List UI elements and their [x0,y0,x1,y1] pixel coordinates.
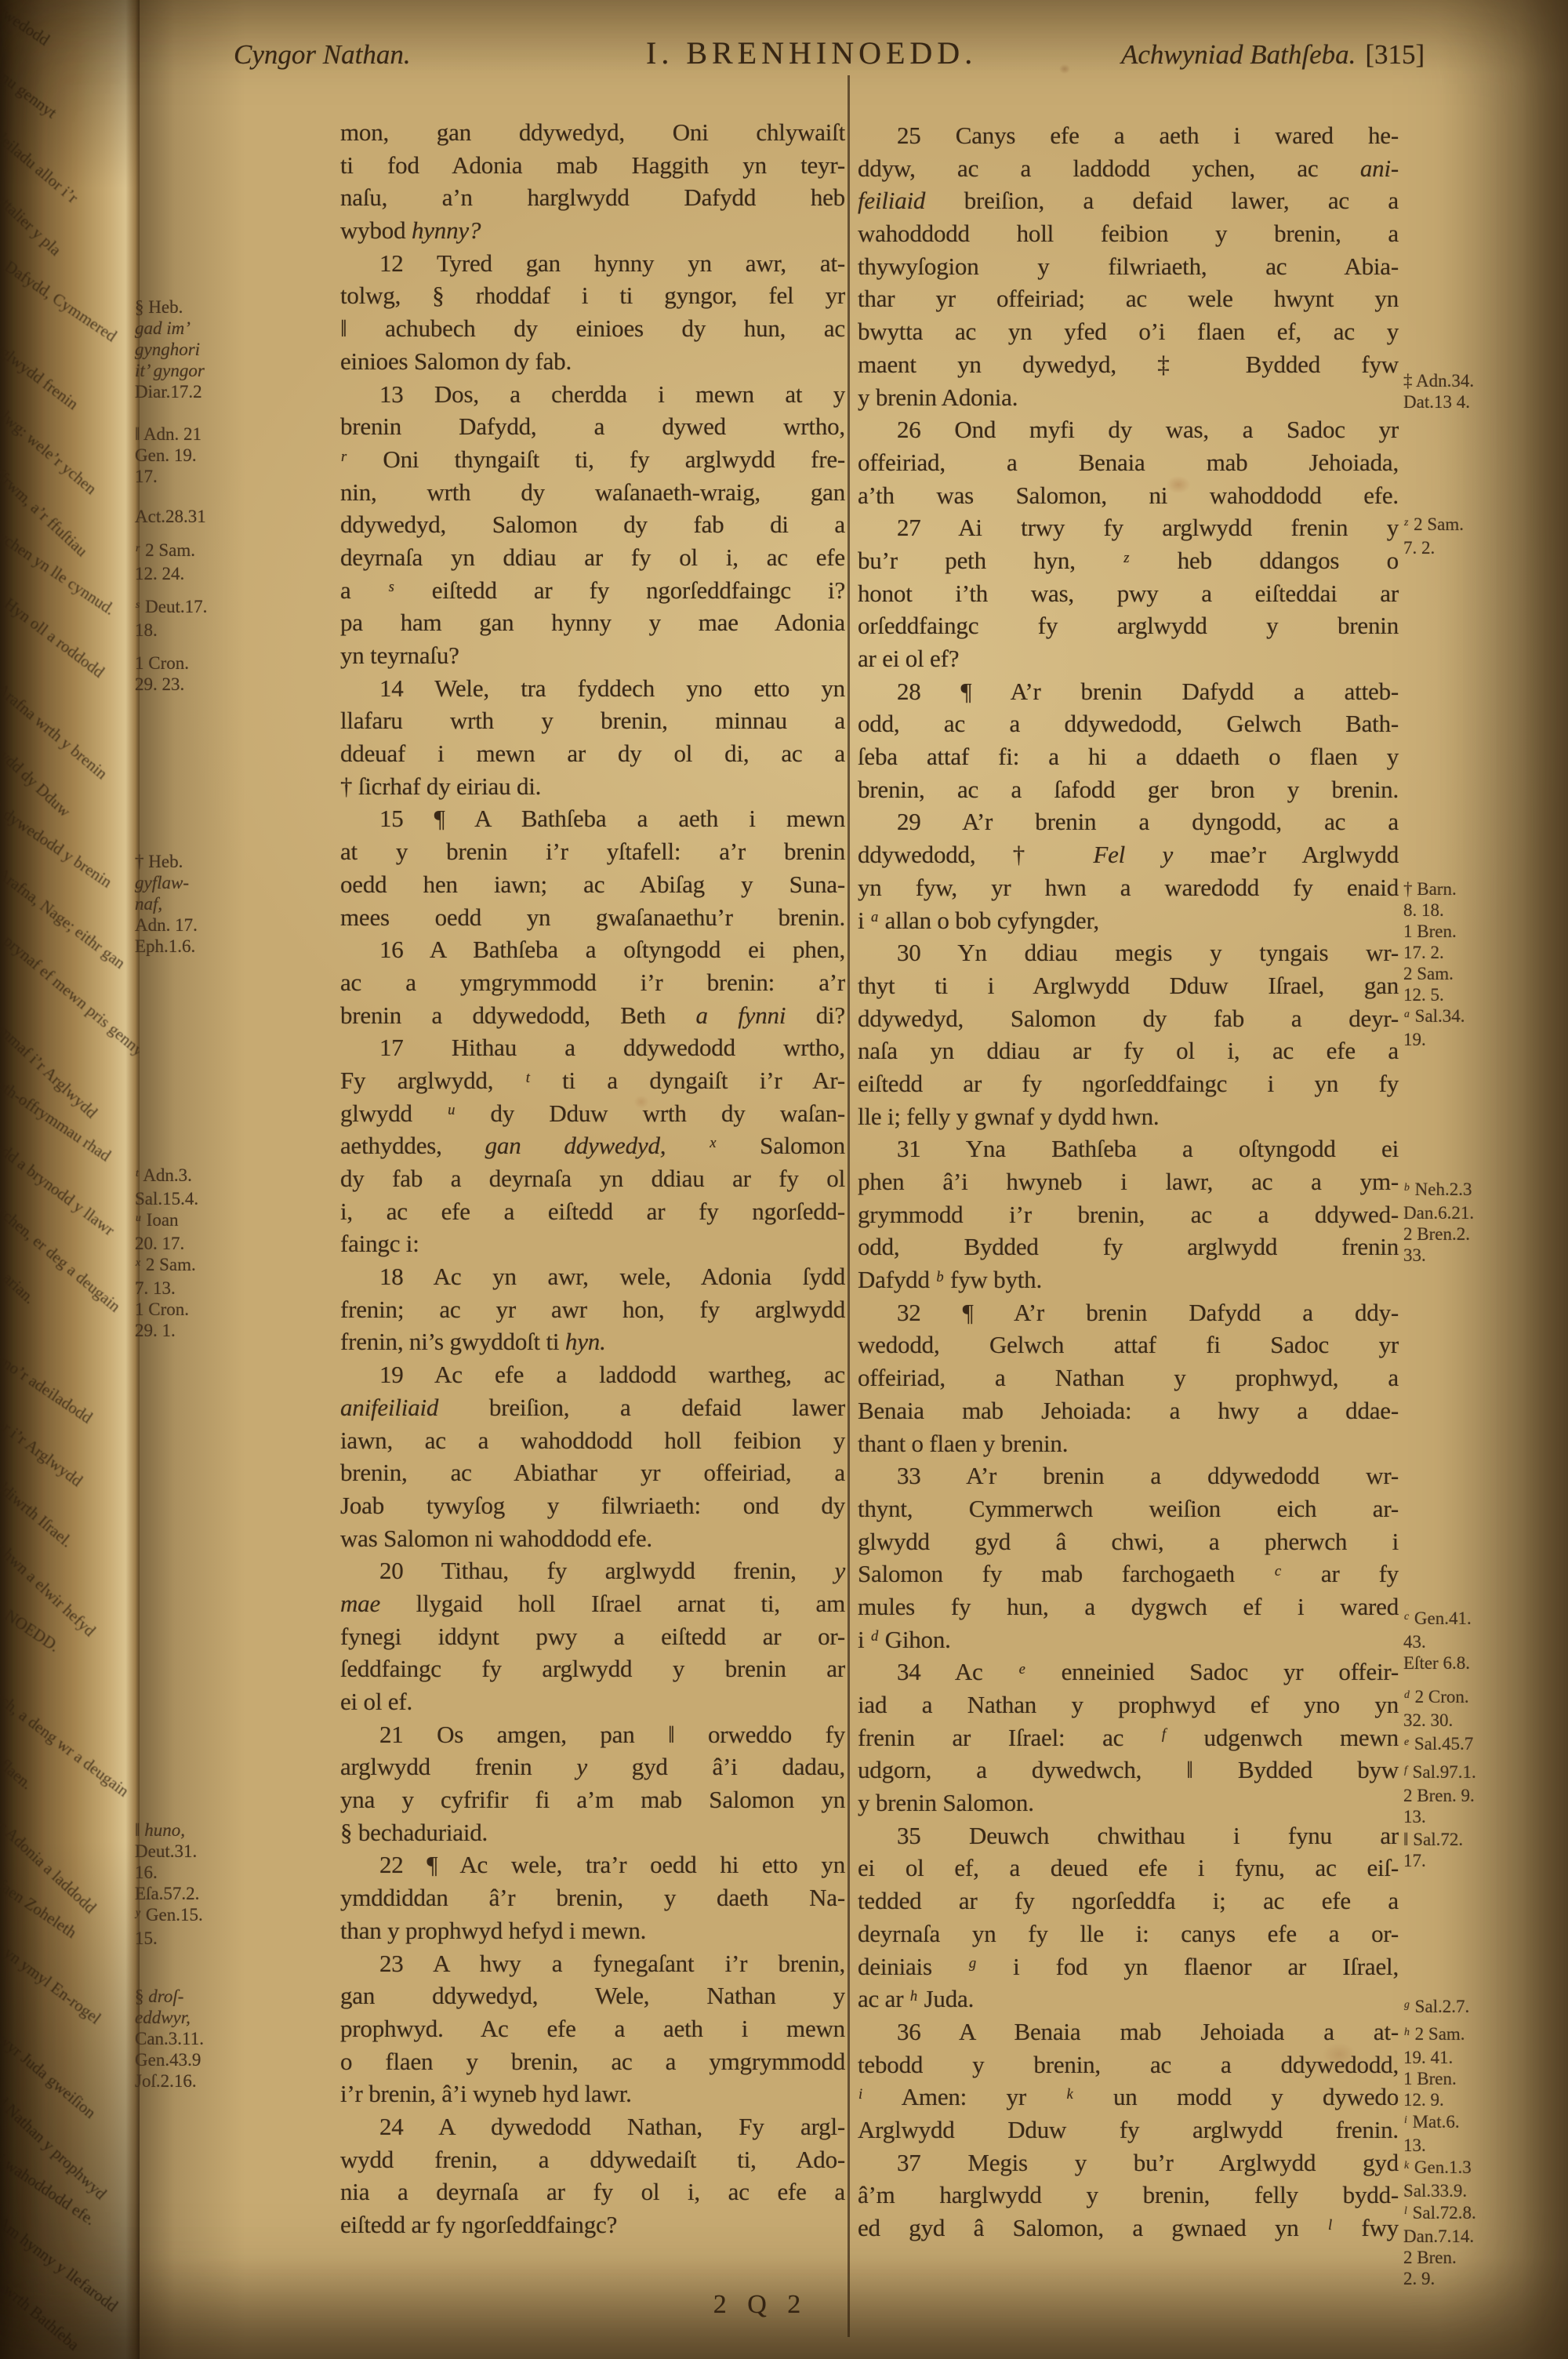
verse-line: naſa yn ddiau ar fy ol i, ac efe a [858,1034,1399,1067]
verse-line: feiliaid breiſion, a defaid lawer, ac a [858,184,1399,217]
adjacent-page-text-fragment: offrymmaf i’r Arglwydd [0,1000,100,1121]
adjacent-page-text-fragment: A dywedodd y brenin [0,798,114,891]
adjacent-page-text-fragment: o’i flaen. [0,1742,35,1793]
text-column-left: mon, gan ddywedyd, Oni chlywaiſtti fod A… [340,116,845,2241]
margin-reference-note: g Sal.2.7. [1403,1996,1469,2019]
verse-line: llafaru wrth y brenin, minnau a [340,704,845,737]
adjacent-page-text-fragment: ychen yn lle cynnud. [0,528,118,618]
adjacent-page-text-fragment: odd Arafna wrth y brenin [0,663,111,783]
verse-line: 35 Deuwch chwithau i fynu ar [858,1819,1399,1852]
verse-line: frenin ar Iſrael: ac f udgenwch mewn [858,1721,1399,1754]
verse-line: yn fyw, yr hwn a waredodd fy enaid [858,871,1399,904]
verse-line: Joab tywyſog y filwriaeth: ond dy [340,1489,845,1522]
verse-line: prophwyd. Ac efe a aeth i mewn [340,2012,845,2045]
verse-line: 31 Yna Bathſeba a oſtyngodd ei [858,1132,1399,1165]
adjacent-page-text-fragment: meirch, a deng wr a deugain [0,1674,132,1800]
adjacent-page-text-fragment: Dafydd, Cymmered [2,258,119,345]
margin-reference-note: Act.28.31 [135,506,206,527]
verse-line: ac ar h Juda. [858,1983,1399,2016]
verse-line: ed gyd â Salomon, a gwnaed yn l fwy [858,2212,1399,2245]
verse-line: thynt, Cymmerwch weiſion eich ar- [858,1492,1399,1525]
verse-line: wahoddodd holl feibion y brenin, a [858,217,1399,250]
verse-line: offeiriad, a Benaia mab Jehoiada, [858,446,1399,479]
verse-line: a s eiſtedd ar fy ngorſeddfaingc i? [340,574,845,607]
adjacent-page-text-fragment: wrth Bathſeba [1,2281,82,2354]
header-right-title: Achwyniad Bathſeba.[315] [1121,39,1425,71]
verse-line: einioes Salomon dy fab. [340,345,845,378]
verse-line: 15 ¶ A Bathſeba a aeth i mewn [340,802,845,835]
verse-line: wedodd, Gelwch attaf fi Sadoc yr [858,1329,1399,1361]
margin-reference-note: l Sal.72.8.Dan.7.14.2 Bren.2. 9. [1403,2202,1476,2289]
margin-reference-note: 1 Cron.29. 23. [135,652,189,695]
verse-line: odd, Bydded fy arglwydd frenin [858,1230,1399,1263]
verse-line: arglwydd frenin y gyd â’i dadau, [340,1750,845,1783]
verse-line: mees oedd yn gwaſanaethu’r brenin. [340,901,845,934]
verse-line: deyrnaſa yn ddiau ar fy ol i, ac efe [340,541,845,574]
verse-line: 22 ¶ Ac wele, tra’r oedd hi etto yn [340,1848,845,1881]
verse-line: tedded ar fy ngorſeddfa i; ac efe a [858,1885,1399,1917]
header-right-text: Achwyniad Bathſeba. [1121,39,1356,70]
adjacent-page-text-fragment: yn ymyl En-rogel [1,1944,103,2027]
verse-line: eiſtedd ar fy ngorſeddfaingc i yn fy [858,1067,1399,1100]
adjacent-page-text-fragment: fy arglwydd frenin [0,325,81,413]
verse-line: wydd frenin, a ddywedaiſt ti, Ado- [340,2143,845,2176]
margin-reference-note: z 2 Sam.7. 2. [1403,514,1464,558]
verse-line: ſeddfaingc fy arglwydd y brenin ar [340,1652,845,1685]
verse-line: mules fy hun, a dygwch ef i wared [858,1590,1399,1623]
margin-reference-note: h 2 Sam.19. 41.1 Bren.12. 9. [1403,2023,1465,2110]
verse-line: faingc i: [340,1227,845,1260]
adjacent-page-text-fragment: offrwm, a’r ffuſtiau [0,460,90,560]
verse-line: ddywedodd, † Fel y mae’r Arglwydd [858,838,1399,871]
adjacent-page-text-fragment: NOEDD. [2,1607,62,1655]
verse-line: i’r brenin, â’i wyneb hyd lawr. [340,2077,845,2110]
verse-line: o flaen y brenin, ac a ymgrymmodd [340,2045,845,2078]
verse-line: glwydd gyd â chwi, a pherwch i [858,1525,1399,1558]
margin-reference-note: e Sal.45.7 [1403,1733,1473,1757]
running-header: Cyngor Nathan. I. BRENHINOEDD. Achwyniad… [140,33,1568,80]
verse-line: 34 Ac e enneinied Sadoc yr offeir- [858,1656,1399,1688]
page-number: [315] [1365,39,1425,70]
verse-line: i Amen: yr k un modd y dywedo [858,2081,1399,2114]
adjacent-page-text-fragment: ychen, er deg a deugain [0,1202,123,1315]
verse-line: yn teyrnaſu? [340,639,845,672]
verse-line: ddeuaf i mewn ar dy ol di, ac a [340,737,845,770]
margin-reference-note: † Heb.gyflaw-naf,Adn. 17.Eph.1.6. [135,851,198,957]
margin-reference-note: s Deut.17.18. [135,596,207,641]
verse-line: aethyddes, gan ddywedyd, x Salomon [340,1129,845,1162]
adjacent-page-edge: A dywedoddbrynu gennytadeiladu allor i’r… [0,0,140,2359]
verse-line: y brenin Adonia. [858,381,1399,414]
verse-line: brenin Dafydd, a dywed wrtho, [340,410,845,443]
verse-line: 24 A dywedodd Nathan, Fy argl- [340,2110,845,2143]
adjacent-page-text-fragment: adeiladu allor i’r [0,123,81,206]
text-column-right: 25 Canys efe a aeth i wared he-ddyw, ac … [858,119,1399,2245]
verse-line: 19 Ac efe a laddodd wartheg, ac [340,1358,845,1391]
verse-line: r Oni thyngaiſt ti, fy arglwydd fre- [340,443,845,476]
verse-line: 23 A hwy a fynegaſant i’r brenin, [340,1947,845,1980]
header-left-title: Cyngor Nathan. [234,39,411,71]
verse-line: 28 ¶ A’r brenin Dafydd a atteb- [858,675,1399,708]
verse-line: 25 Canys efe a aeth i wared he- [858,119,1399,152]
verse-line: at y brenin i’r yſtafell: a’r brenin [340,835,845,868]
verse-line: â’m harglwydd y brenin, felly bydd- [858,2179,1399,2212]
verse-line: nia a deyrnaſa ar fy ol i, ac efe a [340,2175,845,2208]
verse-line: grymmodd i’r brenin, ac a ddywed- [858,1198,1399,1231]
verse-line: ar ei ol ef? [858,642,1399,675]
adjacent-page-text-fragment: fydd a brynodd y llawr [0,1135,118,1239]
verse-line: offeiriad, a Nathan y prophwyd, a [858,1361,1399,1394]
verse-line: frenin, ni’s gwyddoſt ti hyn. [340,1325,845,1358]
verse-line: 20 Tithau, fy arglwydd frenin, y [340,1554,845,1587]
verse-line: brenin, ac a ſafodd ger bron y brenin. [858,773,1399,806]
adjacent-page-text-fragment: A dywedodd [0,0,52,49]
adjacent-page-text-fragment: faen Zoheleth [0,1877,79,1941]
verse-line: iawn, ac a wahoddodd holl feibion y [340,1424,845,1457]
verse-line: 30 Yn ddiau megis y tyngais wr- [858,936,1399,969]
adjacent-page-text-fragment: boeth-offrymmau rhad [0,1067,114,1165]
verse-line: gan ddywedyd, Wele, Nathan y [340,1979,845,2012]
verse-line: 32 ¶ A’r brenin Dafydd a ddy- [858,1296,1399,1329]
verse-line: ti fod Adonia mab Haggith yn teyr- [340,149,845,182]
adjacent-page-text-fragment: holl wyr Juda gweiſion [0,2012,99,2121]
verse-line: mon, gan ddywedyd, Oni chlywaiſt [340,116,845,149]
margin-reference-note: ‖ huno,Deut.31.16.Eſa.57.2.y Gen.15.15. [135,1819,203,1949]
margin-reference-note: § droſ-eddwyr,Can.3.11.Gen.43.9Joſ.2.16. [135,1986,204,2092]
verse-line: bu’r peth hyn, z heb ddangos o [858,544,1399,577]
verse-line: ac a ymgrymmodd i’r brenin: a’r [340,966,845,999]
verse-line: thywyſogion y filwriaeth, ac Abia- [858,250,1399,283]
verse-line: oedd hen iawn; ac Abiſag y Suna- [340,868,845,901]
verse-line: deiniais g i fod yn flaenor ar Iſrael, [858,1950,1399,1983]
verse-line: y brenin Salomon. [858,1787,1399,1819]
margin-reference-note: † Barn.8. 18.1 Bren.17. 2.2 Sam.12. 5.a … [1403,878,1465,1050]
verse-line: ymddiddan â’r brenin, y daeth Na- [340,1881,845,1914]
verse-line: i, ac efe a eiſtedd ar fy ngorſedd- [340,1195,845,1228]
verse-line: ei ol ef, a deued efe i fynu, ac eiſ- [858,1852,1399,1885]
verse-line: glwydd u dy Dduw wrth dy waſan- [340,1097,845,1130]
verse-line: anifeiliaid breiſion, a defaid lawer [340,1391,845,1424]
margin-reference-note: § Heb.gad im’gynghoriit’ gyngorDiar.17.2 [135,296,205,402]
verse-line: bwytta ac yn yfed o’i flaen ef, ac y [858,315,1399,348]
verse-line: 13 Dos, a cherdda i mewn at y [340,378,845,411]
verse-line: i d Gihon. [858,1623,1399,1656]
margin-reference-note: ‖ Sal.72.17. [1403,1829,1463,1871]
verse-line: a’th was Salomon, ni wahoddodd efe. [858,479,1399,512]
verse-line: ſeba attaf fi: a hi a ddaeth o flaen y [858,740,1399,773]
adjacent-page-text-fragment: ei olwg: wele’r ychen [0,393,100,497]
verse-line: deyrnaſa yn fy lle i: canys efe a or- [858,1917,1399,1950]
verse-line: thar yr offeiriad; ac wele hwynt yn [858,282,1399,315]
verse-line: Salomon fy mab farchogaeth c ar fy [858,1558,1399,1590]
verse-line: 27 Ai trwy fy arglwydd frenin y [858,511,1399,544]
verse-line: 36 A Benaia mab Jehoiada a at- [858,2016,1399,2048]
verse-line: iad a Nathan y prophwyd ef yno yn [858,1688,1399,1721]
verse-line: fynegi iddynt pwy a eiſtedd ar or- [340,1620,845,1653]
margin-reference-note: d 2 Cron.32. 30. [1403,1686,1469,1731]
verse-line: Benaia mab Jehoiada: a hwy a ddae- [858,1394,1399,1427]
margin-reference-note: b Neh.2.3Dan.6.21.2 Bren.2.33. [1403,1179,1474,1266]
verse-line: pa ham gan hynny y mae Adonia [340,606,845,639]
verse-line: phen â’i hwyneb i lawr, ac a ym- [858,1165,1399,1198]
verse-line: dy fab a deyrnaſa yn ddiau ar fy ol [340,1162,845,1195]
verse-line: brenin, ac Abiathar yr offeiriad, a [340,1456,845,1489]
margin-reference-note: f Sal.97.1.2 Bren. 9.13. [1403,1761,1476,1827]
verse-line: § bechaduriaid. [340,1816,845,1849]
verse-line: thyt ti i Arglwydd Dduw Iſrael, gan [858,969,1399,1002]
adjacent-page-text-fragment: ni wahoddodd efe. [0,2146,98,2228]
verse-line: ddywedyd, Salomon dy fab di a [340,508,845,541]
adjacent-page-text-fragment: oddiwrth Iſrael. [0,1472,75,1550]
adjacent-page-text-fragment: Ac yno’r adeiladodd [0,1337,95,1427]
adjacent-page-text-fragment: Am hynny y llefarodd [0,2214,121,2315]
verse-line: tebodd y brenin, ac a ddywedodd, [858,2048,1399,2081]
adjacent-page-text-fragment: glwydd dy Dduw [0,730,74,820]
adjacent-page-text-fragment: attalier y pla [0,191,64,259]
verse-line: naſu, a’n harglwydd Dafydd heb [340,181,845,214]
verse-line: frenin; ac yr awr hon, fy arglwydd [340,1293,845,1326]
verse-line: was Salomon ni wahoddodd efe. [340,1522,845,1555]
margin-reference-note: ‡ Adn.34.Dat.13 4. [1403,370,1474,413]
verse-line: 17 Hithau a ddywedodd wrtho, [340,1031,845,1064]
verse-line: 16 A Bathſeba a oſtyngodd ei phen, [340,933,845,966]
verse-line: 26 Ond myfi dy was, a Sadoc yr [858,413,1399,446]
header-book-title: I. BRENHINOEDD. [646,35,977,71]
margin-reference-note: i Mat.6.13. [1403,2111,1460,2156]
verse-line: thant o flaen y brenin. [858,1427,1399,1460]
scanned-bible-page: A dywedoddbrynu gennytadeiladu allor i’r… [0,0,1568,2359]
adjacent-page-text-fragment: arian. [0,1270,38,1307]
verse-line: tolwg, § rhoddaf i ti gyngor, fel yr [340,279,845,312]
verse-line: brenin a ddywedodd, Beth a fynni di? [340,999,845,1032]
verse-line: nin, wrth dy waſanaeth-wraig, gan [340,476,845,509]
margin-reference-note: ‖ Adn. 21Gen. 19.17. [135,423,201,487]
verse-line: mae llygaid holl Iſrael arnat ti, am [340,1587,845,1620]
adjacent-page-text-fragment: prynaf ef mewn pris gennyt [1,932,140,1062]
verse-line: orſeddfaingc fy arglwydd y brenin [858,609,1399,642]
verse-line: 29 A’r brenin a dyngodd, ac a [858,805,1399,838]
verse-line: 37 Megis y bu’r Arglwydd gyd [858,2146,1399,2179]
adjacent-page-text-fragment: allor i’r Arglwydd [0,1405,85,1490]
verse-line: maent yn dywedyd, ‡ Bydded fyw [858,348,1399,381]
verse-line: ei ol ef. [340,1685,845,1718]
verse-line: Fy arglwydd, t ti a dyngaiſt i’r Ar- [340,1064,845,1097]
verse-line: udgorn, a dywedwch, ‖ Bydded byw [858,1754,1399,1787]
adjacent-page-text-fragment: r hwn a elwir hefyd [0,1539,98,1640]
verse-line: yna y cyfrifir fi a’m mab Salomon yn [340,1783,845,1816]
verse-line: Arglwydd Dduw fy arglwydd frenin. [858,2114,1399,2146]
signature-mark: 2 Q 2 [698,2290,823,2320]
column-divider-rule [848,75,850,2337]
adjacent-page-text-fragment: Hyn oll a roddodd [1,595,107,681]
margin-reference-note: t Adn.3.Sal.15.4.u Ioan20. 17.x 2 Sam.7.… [135,1165,198,1341]
adjacent-page-text-fragment: Ond Nathan y prophwyd [0,2079,109,2202]
verse-line: 18 Ac yn awr, wele, Adonia ſydd [340,1260,845,1293]
margin-reference-note: k Gen.1.3Sal.33.9. [1403,2157,1472,2201]
adjacent-page-text-fragment: Ac Adonia a laddodd [0,1809,99,1917]
verse-line: Dafydd b fyw byth. [858,1263,1399,1296]
verse-line: i a allan o bob cyfyngder, [858,904,1399,937]
margin-reference-note: r 2 Sam.12. 24. [135,540,195,584]
verse-line: 14 Wele, tra fyddech yno etto yn [340,672,845,705]
verse-line: odd, ac a ddywedodd, Gelwch Bath- [858,707,1399,740]
verse-line: lle i; felly y gwnaf y dydd hwn. [858,1100,1399,1133]
verse-line: ddywedyd, Salomon dy fab a deyr- [858,1002,1399,1035]
verse-line: 33 A’r brenin a ddywedodd wr- [858,1459,1399,1492]
verse-line: ddyw, ac a laddodd ychen, ac ani- [858,152,1399,185]
verse-line: eiſtedd ar fy ngorſeddfaingc? [340,2208,845,2241]
verse-line: 12 Tyred gan hynny yn awr, at- [340,247,845,280]
verse-line: than y prophwyd hefyd i mewn. [340,1914,845,1947]
page-leaf: Cyngor Nathan. I. BRENHINOEDD. Achwyniad… [140,0,1568,2359]
margin-reference-note: c Gen.41.43.Eſter 6.8. [1403,1608,1472,1674]
verse-line: honot i’th was, pwy a eiſteddai ar [858,577,1399,610]
adjacent-page-text-fragment: brynu gennyt [0,56,60,122]
adjacent-page-text-fragment: Arafna, Nage; eithr gan [0,865,128,972]
verse-line: † ſicrhaf dy eiriau di. [340,770,845,803]
verse-line: ‖ achubech dy einioes dy hun, ac [340,312,845,345]
verse-line: 21 Os amgen, pan ‖ orweddo fy [340,1718,845,1751]
verse-line: wybod hynny? [340,214,845,247]
